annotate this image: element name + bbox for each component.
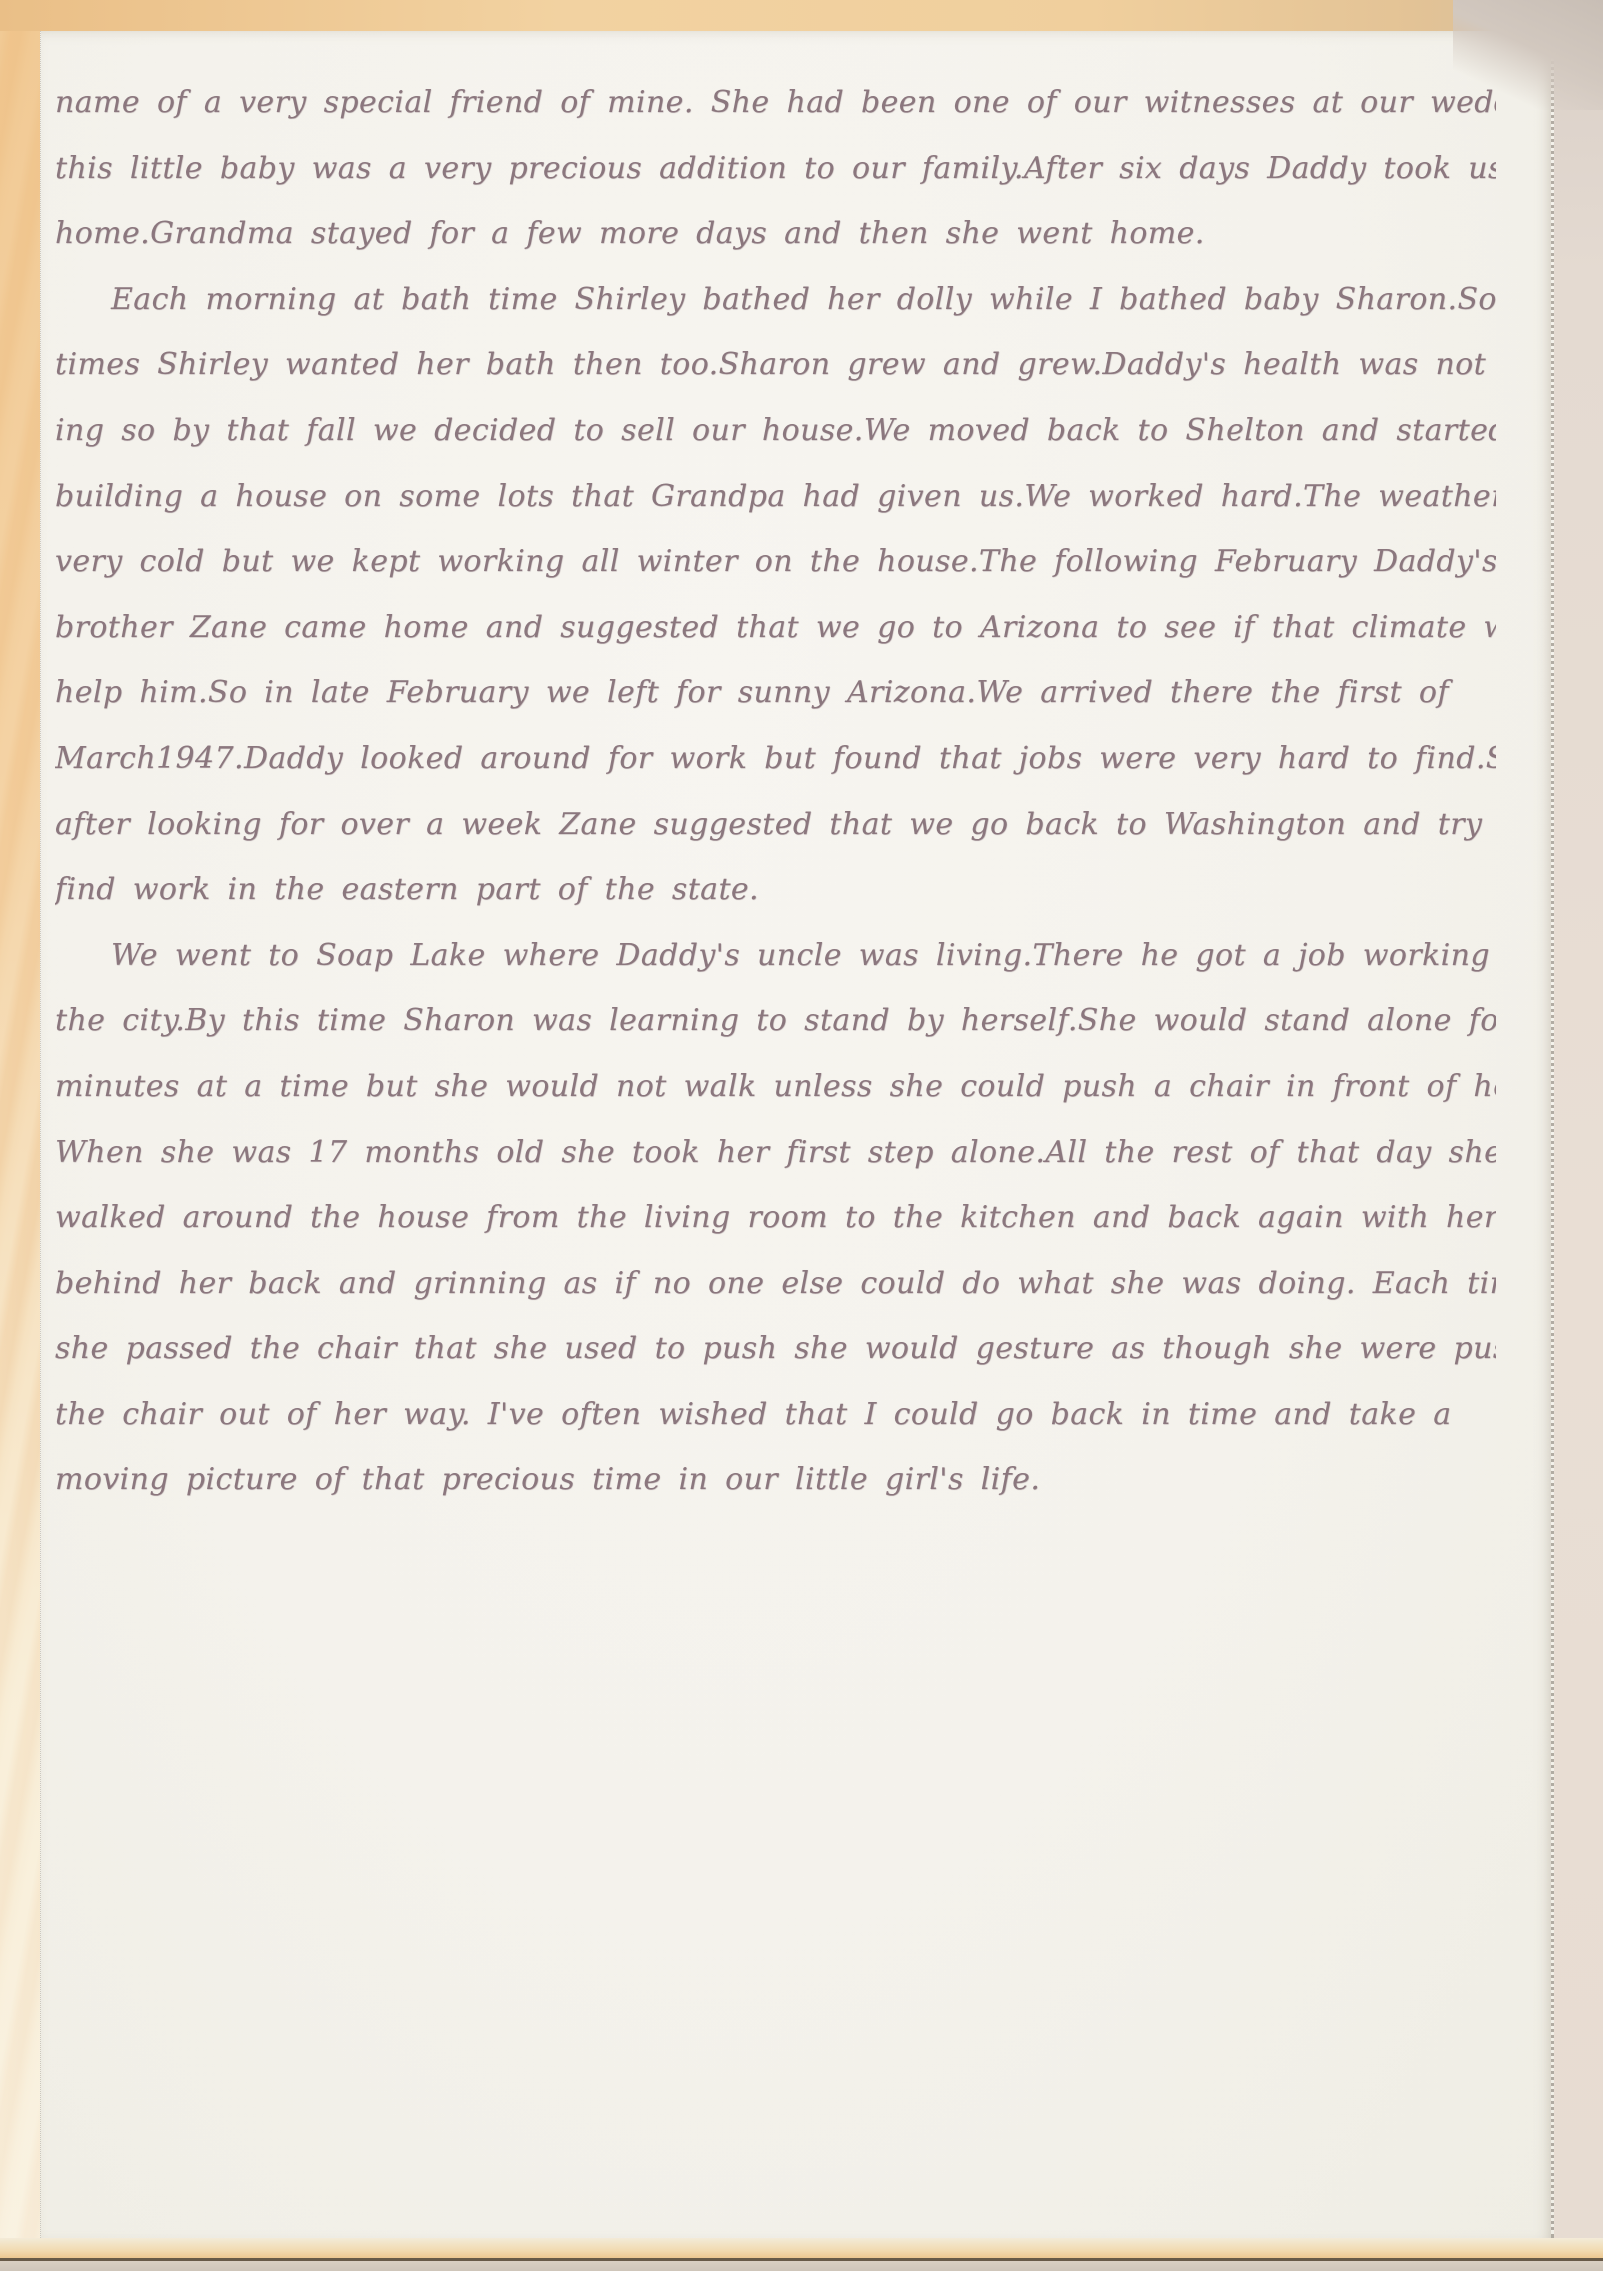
text-line-content: behind her back and grinning as if no on… <box>55 1266 1496 1301</box>
text-line-content: find work in the eastern part of the sta… <box>55 872 759 907</box>
text-line: moving picture of that precious time in … <box>55 1447 1496 1513</box>
text-line: minutes at a time but she would not walk… <box>55 1054 1496 1120</box>
text-line: after looking for over a week Zane sugge… <box>55 792 1496 858</box>
text-line-content: this little baby was a very precious add… <box>55 151 1496 186</box>
text-line-content: the chair out of her way. I've often wis… <box>55 1397 1451 1432</box>
text-line-content: very cold but we kept working all winter… <box>55 544 1496 579</box>
text-line: ing so by that fall we decided to sell o… <box>55 398 1496 464</box>
text-line: help him.So in late February we left for… <box>55 660 1496 726</box>
typed-text: name of a very special friend of mine. S… <box>55 70 1496 1513</box>
text-line-content: Each morning at bath time Shirley bathed… <box>111 282 1496 317</box>
text-line: times Shirley wanted her bath then too.S… <box>55 332 1496 398</box>
text-line: very cold but we kept working all winter… <box>55 529 1496 595</box>
text-line: walked around the house from the living … <box>55 1185 1496 1251</box>
text-line: brother Zane came home and suggested tha… <box>55 595 1496 661</box>
text-line-content: minutes at a time but she would not walk… <box>55 1069 1496 1104</box>
text-line: behind her back and grinning as if no on… <box>55 1251 1496 1317</box>
text-line: When she was 17 months old she took her … <box>55 1120 1496 1186</box>
text-line: the city.By this time Sharon was learnin… <box>55 988 1496 1054</box>
text-line: this little baby was a very precious add… <box>55 136 1496 202</box>
text-line-content: ing so by that fall we decided to sell o… <box>55 413 1496 448</box>
page-paper: name of a very special friend of mine. S… <box>40 30 1554 2238</box>
text-line-content: moving picture of that precious time in … <box>55 1462 1040 1497</box>
text-line-content: March1947.Daddy looked around for work b… <box>55 741 1496 776</box>
text-line-content: help him.So in late February we left for… <box>55 675 1449 710</box>
text-line-content: building a house on some lots that Grand… <box>55 479 1496 514</box>
text-line: March1947.Daddy looked around for work b… <box>55 726 1496 792</box>
text-line-content: When she was 17 months old she took her … <box>55 1135 1496 1170</box>
backing-bottom <box>0 2261 1603 2271</box>
text-line-content: We went to Soap Lake where Daddy's uncle… <box>111 938 1496 973</box>
text-line-content: times Shirley wanted her bath then too.S… <box>55 347 1496 382</box>
text-line-content: brother Zane came home and suggested tha… <box>55 610 1496 645</box>
text-line-content: name of a very special friend of mine. S… <box>55 85 1496 120</box>
aged-edge-top <box>0 0 1603 31</box>
text-line: find work in the eastern part of the sta… <box>55 857 1496 923</box>
text-line-content: she passed the chair that she used to pu… <box>55 1331 1496 1366</box>
text-line: building a house on some lots that Grand… <box>55 464 1496 530</box>
text-line: Each morning at bath time Shirley bathed… <box>55 267 1496 333</box>
text-line: name of a very special friend of mine. S… <box>55 70 1496 136</box>
text-line-content: walked around the house from the living … <box>55 1200 1496 1235</box>
text-line-content: the city.By this time Sharon was learnin… <box>55 1003 1496 1038</box>
text-line: the chair out of her way. I've often wis… <box>55 1382 1496 1448</box>
backing-corner-top-right <box>1453 0 1603 110</box>
text-line: We went to Soap Lake where Daddy's uncle… <box>55 923 1496 989</box>
text-line-content: home.Grandma stayed for a few more days … <box>55 216 1205 251</box>
text-line: home.Grandma stayed for a few more days … <box>55 201 1496 267</box>
text-line: she passed the chair that she used to pu… <box>55 1316 1496 1382</box>
text-line-content: after looking for over a week Zane sugge… <box>55 807 1496 842</box>
scanned-page-background: name of a very special friend of mine. S… <box>0 0 1603 2271</box>
